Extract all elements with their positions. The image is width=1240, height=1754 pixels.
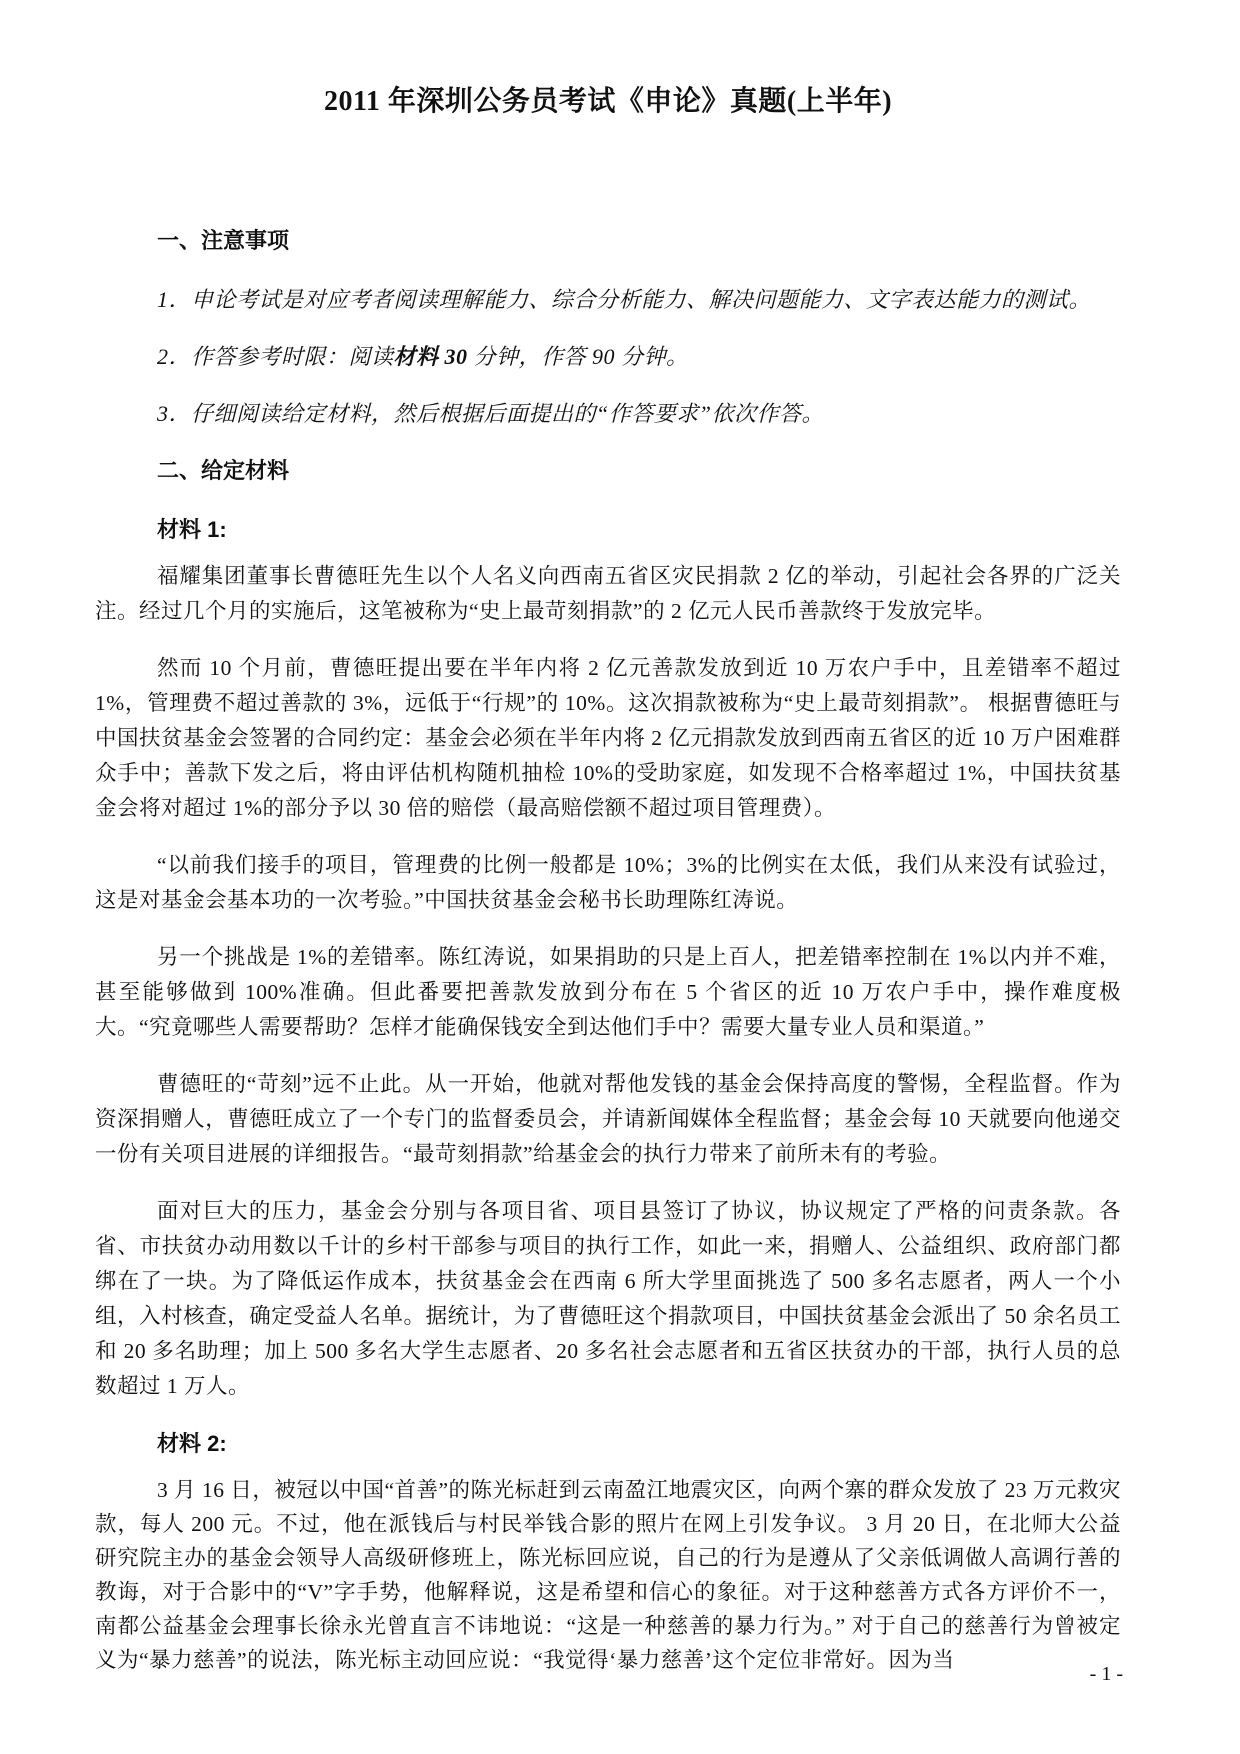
material2-paragraph-1: 3 月 16 日，被冠以中国“首善”的陈光标赶到云南盈江地震灾区，向两个寨的群众… [95, 1473, 1121, 1677]
section-heading-materials: 二、给定材料 [157, 453, 1121, 488]
material1-paragraph-5: 曹德旺的“苛刻”远不止此。从一开始，他就对帮他发钱的基金会保持高度的警惕，全程监… [95, 1067, 1121, 1172]
material1-paragraph-6: 面对巨大的压力，基金会分别与各项目省、项目县签订了协议，协议规定了严格的问责条款… [95, 1194, 1121, 1404]
material2-heading: 材料 2: [157, 1426, 1121, 1461]
material1-paragraph-1: 福耀集团董事长曹德旺先生以个人名义向西南五省区灾民捐款 2 亿的举动，引起社会各… [95, 559, 1121, 629]
notice-item-2: 2．作答参考时限：阅读材料 30 分钟，作答 90 分钟。 [157, 339, 1121, 374]
section-heading-notice: 一、注意事项 [157, 223, 1121, 258]
material1-paragraph-4: 另一个挑战是 1%的差错率。陈红涛说，如果捐助的只是上百人，把差错率控制在 1%… [95, 940, 1121, 1045]
material1-paragraph-2: 然而 10 个月前，曹德旺提出要在半年内将 2 亿元善款发放到近 10 万农户手… [95, 651, 1121, 826]
notice-item-2-suffix: 分钟，作答 90 分钟。 [468, 344, 689, 369]
material1-paragraph-3: “以前我们接手的项目，管理费的比例一般都是 10%；3%的比例实在太低，我们从来… [95, 848, 1121, 918]
doc-title: 2011 年深圳公务员考试《申论》真题(上半年) [95, 85, 1121, 119]
page-number: - 1 - [1090, 1662, 1123, 1686]
notice-item-3: 3．仔细阅读给定材料，然后根据后面提出的“作答要求”依次作答。 [157, 396, 1121, 431]
notice-item-2-prefix: 2．作答参考时限：阅读 [157, 344, 394, 369]
document-page: 2011 年深圳公务员考试《申论》真题(上半年) 一、注意事项 1．申论考试是对… [0, 0, 1240, 1754]
material1-heading: 材料 1: [157, 512, 1121, 547]
notice-item-2-bold: 材料 30 [394, 344, 468, 369]
notice-item-1: 1．申论考试是对应考者阅读理解能力、综合分析能力、解决问题能力、文字表达能力的测… [157, 282, 1121, 317]
